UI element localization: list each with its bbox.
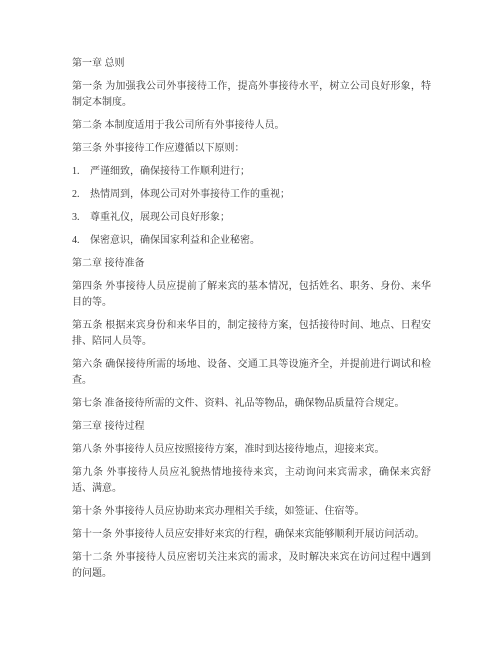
principle-list-item-2: 2. 热情周到，体现公司对外事接待工作的重视； <box>72 187 431 203</box>
article-2-paragraph: 第二条 本制度适用于我公司所有外事接待人员。 <box>72 118 431 134</box>
list-item-number: 2. <box>72 187 90 203</box>
principle-list-item-3: 3. 尊重礼仪，展现公司良好形象； <box>72 210 431 226</box>
article-7-paragraph: 第七条 准备接待所需的文件、资料、礼品等物品，确保物品质量符合规定。 <box>72 396 431 412</box>
chapter-heading-3: 第三章 接待过程 <box>72 419 431 435</box>
chapter-heading-2: 第二章 接待准备 <box>72 256 431 272</box>
article-8-paragraph: 第八条 外事接待人员应按照接待方案，准时到达接待地点，迎接来宾。 <box>72 442 431 458</box>
principle-list-item-4: 4. 保密意识，确保国家利益和企业秘密。 <box>72 233 431 249</box>
list-item-text: 热情周到，体现公司对外事接待工作的重视； <box>90 187 431 203</box>
article-11-paragraph: 第十一条 外事接待人员应安排好来宾的行程，确保来宾能够顺利开展访问活动。 <box>72 527 431 543</box>
article-1-paragraph: 第一条 为加强我公司外事接待工作，提高外事接待水平，树立公司良好形象，特制定本制… <box>72 79 431 111</box>
document-body: 第一章 总则 第一条 为加强我公司外事接待工作，提高外事接待水平，树立公司良好形… <box>72 56 431 582</box>
chapter-heading-1: 第一章 总则 <box>72 56 431 72</box>
list-item-text: 保密意识，确保国家利益和企业秘密。 <box>90 233 431 249</box>
list-item-number: 3. <box>72 210 90 226</box>
article-10-paragraph: 第十条 外事接待人员应协助来宾办理相关手续，如签证、住宿等。 <box>72 504 431 520</box>
principle-list-item-1: 1. 严谨细致，确保接待工作顺利进行； <box>72 164 431 180</box>
list-item-text: 严谨细致，确保接待工作顺利进行； <box>90 164 431 180</box>
list-item-number: 4. <box>72 233 90 249</box>
article-12-paragraph: 第十二条 外事接待人员应密切关注来宾的需求，及时解决来宾在访问过程中遇到的问题。 <box>72 550 431 582</box>
article-3-paragraph: 第三条 外事接待工作应遵循以下原则： <box>72 141 431 157</box>
article-9-paragraph: 第九条 外事接待人员应礼貌热情地接待来宾，主动询问来宾需求，确保来宾舒适、满意。 <box>72 465 431 497</box>
list-item-text: 尊重礼仪，展现公司良好形象； <box>90 210 431 226</box>
document-page: 第一章 总则 第一条 为加强我公司外事接待工作，提高外事接待水平，树立公司良好形… <box>0 0 502 649</box>
article-5-paragraph: 第五条 根据来宾身份和来华目的，制定接待方案，包括接待时间、地点、日程安排、陪同… <box>72 318 431 350</box>
article-6-paragraph: 第六条 确保接待所需的场地、设备、交通工具等设施齐全，并提前进行调试和检查。 <box>72 357 431 389</box>
list-item-number: 1. <box>72 164 90 180</box>
article-4-paragraph: 第四条 外事接待人员应提前了解来宾的基本情况，包括姓名、职务、身份、来华目的等。 <box>72 279 431 311</box>
